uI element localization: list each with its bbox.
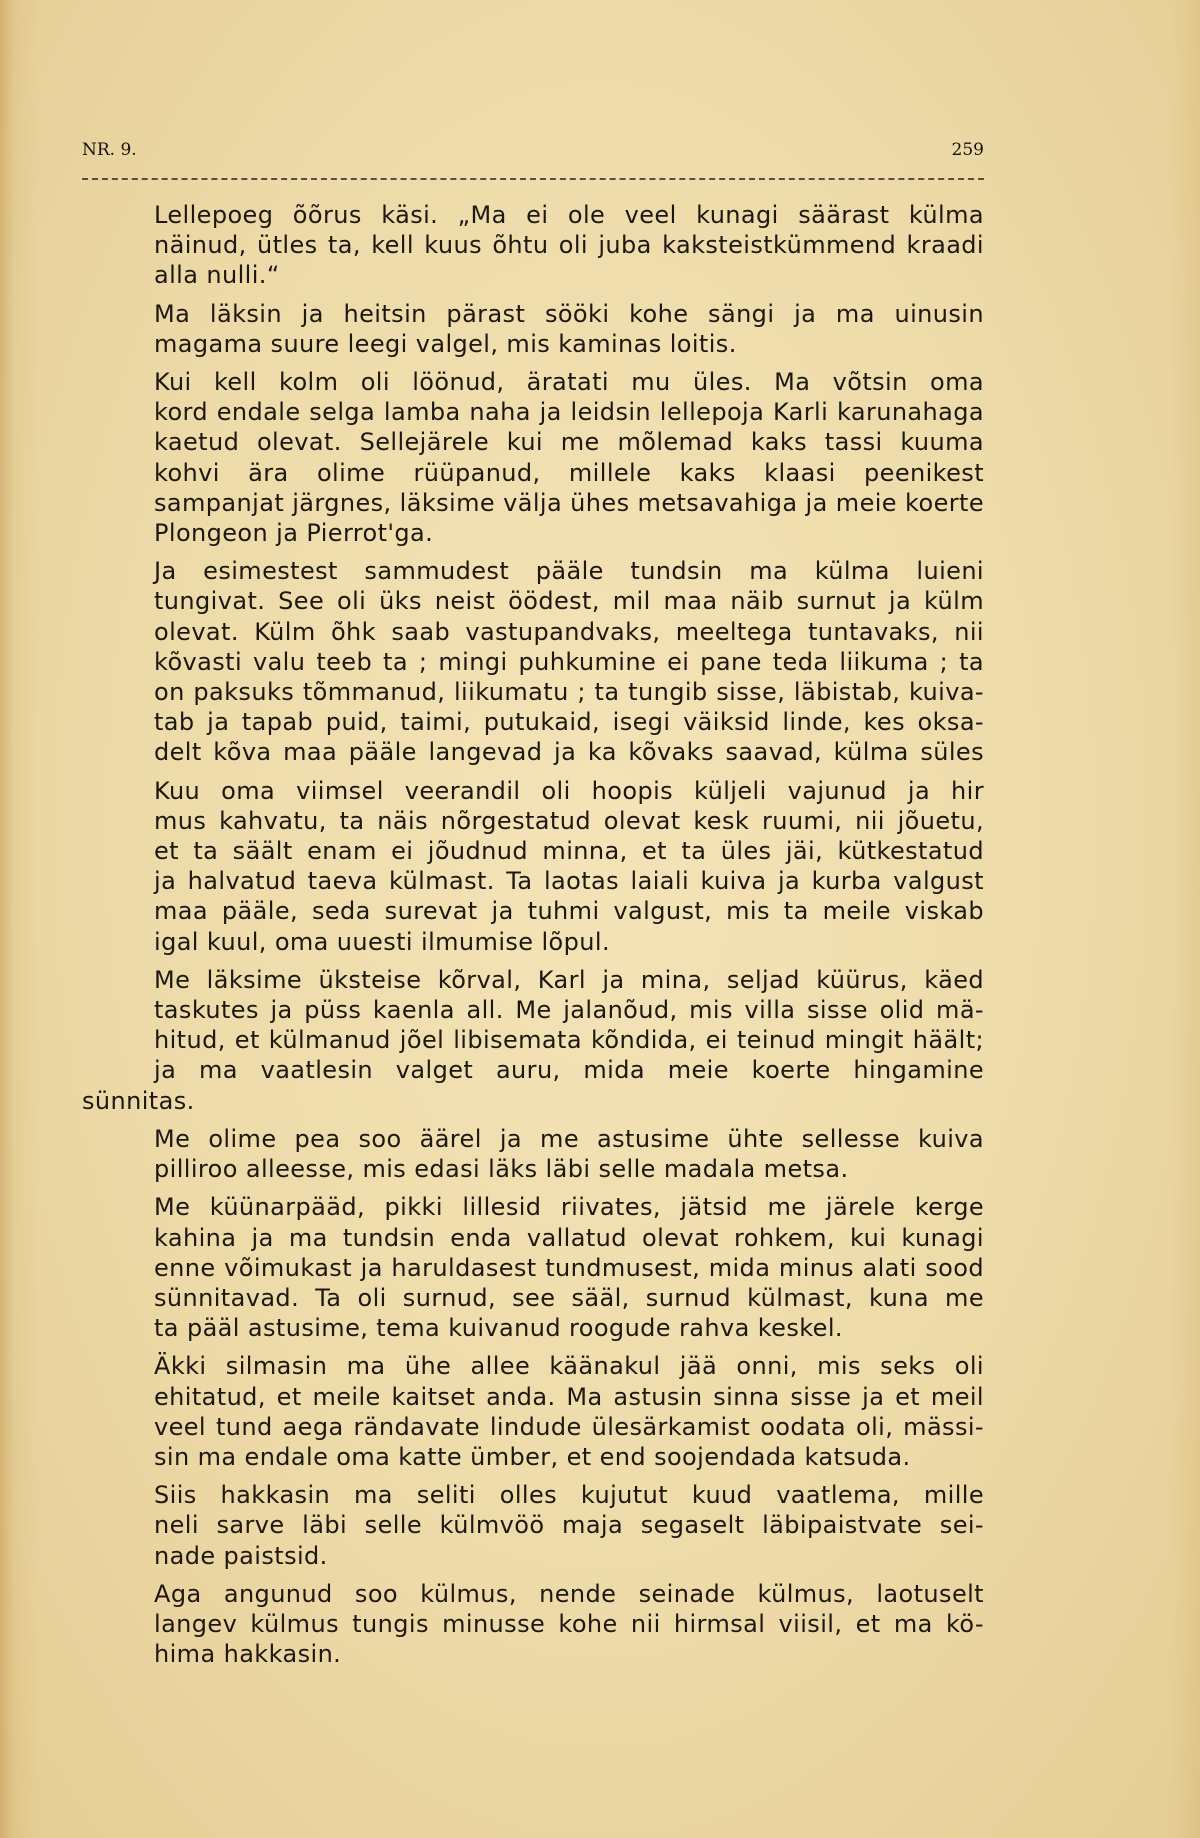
paragraph: Ja esimestest sammudest pääle tundsin ma… [82,556,984,767]
text-line: sampanjat järgnes, läksime välja ühes me… [82,488,984,518]
text-line: sünnitavad. Ta oli surnud, see sääl, sur… [82,1283,984,1313]
text-line: enne võimukast ja haruldasest tundmusest… [82,1253,984,1283]
running-head: NR. 9. 259 [82,140,984,166]
issue-number: NR. 9. [82,140,137,160]
text-line: taskutes ja püss kaenla all. Me jalanõud… [82,995,984,1025]
text-line: Plongeon ja Pierrot'ga. [82,518,984,548]
text-line: igal kuul, oma uuesti ilmumise lõpul. [82,927,984,957]
text-line: ehitatud, et meile kaitset anda. Ma astu… [82,1382,984,1412]
text-line: Siis hakkasin ma seliti olles kujutut ku… [82,1480,984,1510]
paragraph: Me küünarpääd, pikki lillesid riivates, … [82,1192,984,1343]
paragraph: Lellepoeg õõrus käsi. „Ma ei ole veel ku… [82,200,984,291]
text-line: Äkki silmasin ma ühe allee käänakul jää … [82,1351,984,1381]
text-line: Ma läksin ja heitsin pärast sööki kohe s… [82,299,984,329]
text-line: Me läksime üksteise kõrval, Karl ja mina… [82,965,984,995]
text-line: ta pääl astusime, tema kuivanud roogude … [82,1313,984,1343]
text-line: kaetud olevat. Sellejärele kui me mõlema… [82,427,984,457]
text-line: mus kahvatu, ta näis nõrgestatud olevat … [82,806,984,836]
text-line: sin ma endale oma katte ümber, et end so… [82,1442,984,1472]
text-line: Kuu oma viimsel veerandil oli hoopis kül… [82,776,984,806]
paragraph: Me olime pea soo äärel ja me astusime üh… [82,1124,984,1184]
text-line: ja halvatud taeva külmast. Ta laotas lai… [82,866,984,896]
text-line: näinud, ütles ta, kell kuus õhtu oli jub… [82,230,984,260]
text-line: kohvi ära olime rüüpanud, millele kaks k… [82,458,984,488]
paragraph: Siis hakkasin ma seliti olles kujutut ku… [82,1480,984,1571]
text-line: pilliroo alleesse, mis edasi läks läbi s… [82,1154,984,1184]
text-line: nade paistsid. [82,1541,984,1571]
text-line: hitud, et külmanud jõel libisemata kõndi… [82,1025,984,1055]
text-line: kord endale selga lamba naha ja leidsin … [82,397,984,427]
body-text: Lellepoeg õõrus käsi. „Ma ei ole veel ku… [82,200,984,1677]
text-line: et ta säält enam ei jõudnud minna, et ta… [82,836,984,866]
text-line: tungivat. See oli üks neist öödest, mil … [82,586,984,616]
text-line: Ja esimestest sammudest pääle tundsin ma… [82,556,984,586]
paragraph: Äkki silmasin ma ühe allee käänakul jää … [82,1351,984,1472]
text-line: Aga angunud soo külmus, nende seinade kü… [82,1579,984,1609]
text-line: kõvasti valu teeb ta ; mingi puhkumine e… [82,647,984,677]
header-rule [82,178,984,180]
text-line: alla nulli.“ [82,260,984,290]
text-line: Me olime pea soo äärel ja me astusime üh… [82,1124,984,1154]
text-line: Lellepoeg õõrus käsi. „Ma ei ole veel ku… [82,200,984,230]
text-line: veel tund aega rändavate lindude ülesärk… [82,1412,984,1442]
page-number: 259 [952,140,984,160]
text-line: kahina ja ma tundsin enda vallatud oleva… [82,1223,984,1253]
paragraph: Me läksime üksteise kõrval, Karl ja mina… [82,965,984,1116]
text-line: delt kõva maa pääle langevad ja ka kõvak… [82,737,984,767]
text-line: Kui kell kolm oli löönud, äratati mu üle… [82,367,984,397]
text-line: hima hakkasin. [82,1639,984,1669]
paragraph: Kui kell kolm oli löönud, äratati mu üle… [82,367,984,548]
text-line: neli sarve läbi selle külmvöö maja segas… [82,1510,984,1540]
text-line: Me küünarpääd, pikki lillesid riivates, … [82,1192,984,1222]
text-line: tab ja tapab puid, taimi, putukaid, iseg… [82,707,984,737]
paragraph: Ma läksin ja heitsin pärast sööki kohe s… [82,299,984,359]
text-line: on paksuks tõmmanud, liikumatu ; ta tung… [82,677,984,707]
paragraph: Kuu oma viimsel veerandil oli hoopis kül… [82,776,984,957]
text-line: olevat. Külm õhk saab vastupandvaks, mee… [82,617,984,647]
text-line: langev külmus tungis minusse kohe nii hi… [82,1609,984,1639]
text-line: ja ma vaatlesin valget auru, mida meie k… [82,1055,984,1115]
text-line: maa pääle, seda surevat ja tuhmi valgust… [82,896,984,926]
paragraph: Aga angunud soo külmus, nende seinade kü… [82,1579,984,1670]
text-line: magama suure leegi valgel, mis kaminas l… [82,329,984,359]
